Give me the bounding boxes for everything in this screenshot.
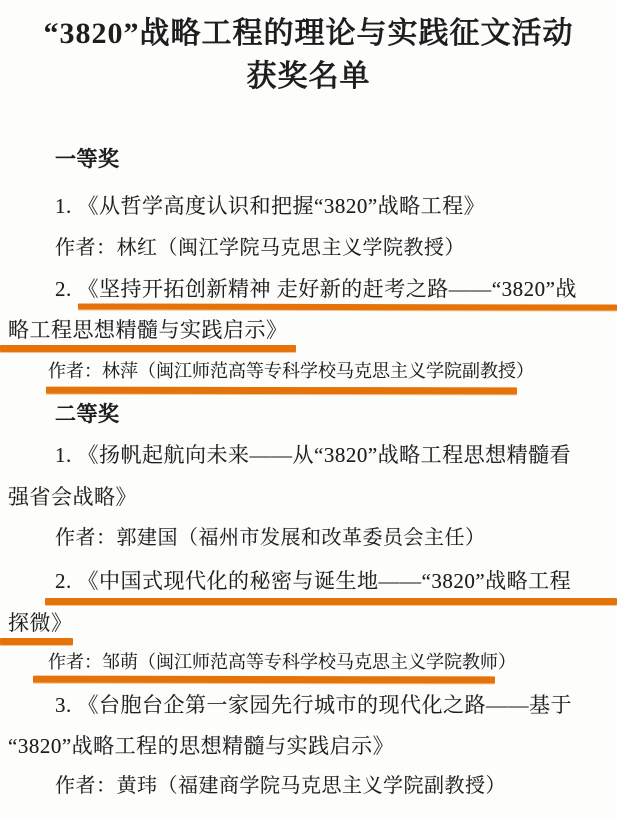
document-title-line-1: “3820”战略工程的理论与实践征文活动 (0, 17, 617, 50)
highlight-underline (78, 303, 617, 310)
entry-title-line: 3. 《台胞台企第一家园先行城市的现代化之路——基于 (55, 693, 572, 717)
entry-title-line: 1. 《扬帆起航向未来——从“3820”战略工程思想精髓看 (55, 443, 571, 467)
prize-tier-heading-first: 一等奖 (55, 147, 120, 171)
entry-author-line: 作者：林红（闽江学院马克思主义学院教授） (55, 237, 465, 260)
entry-title-continuation-line: 探微》 (8, 611, 73, 635)
entry-title-continuation-line: 略工程思想精髓与实践启示》 (8, 318, 288, 342)
entry-author-line: 作者：邹萌（闽江师范高等专科学校马克思主义学院教师） (48, 652, 516, 673)
document-title-line-2: 获奖名单 (0, 60, 617, 93)
scanned-award-document-page: “3820”战略工程的理论与实践征文活动 获奖名单 一等奖 1. 《从哲学高度认… (0, 0, 617, 819)
entry-author-line: 作者：郭建国（福州市发展和改革委员会主任） (55, 527, 486, 550)
entry-title-line: 2. 《中国式现代化的秘密与诞生地——“3820”战略工程 (55, 569, 571, 593)
entry-author-line: 作者：林萍（闽江师范高等专科学校马克思主义学院副教授） (48, 361, 534, 382)
highlight-underline (33, 676, 495, 684)
entry-author-line: 作者：黄玮（福建商学院马克思主义学院副教授） (55, 775, 506, 798)
highlight-underline (46, 387, 517, 395)
highlight-underline (45, 598, 617, 605)
entry-title-continuation-line: “3820”战略工程的思想精髓与实践启示》 (8, 734, 394, 758)
highlight-underline (0, 345, 296, 352)
entry-title-continuation-line: 强省会战略》 (8, 485, 137, 509)
prize-tier-heading-second: 二等奖 (55, 402, 120, 426)
highlight-underline (0, 638, 73, 645)
entry-title-line: 2. 《坚持开拓创新精神 走好新的赶考之路——“3820”战 (55, 277, 577, 301)
entry-title-line: 1. 《从哲学高度认识和把握“3820”战略工程》 (55, 194, 485, 218)
